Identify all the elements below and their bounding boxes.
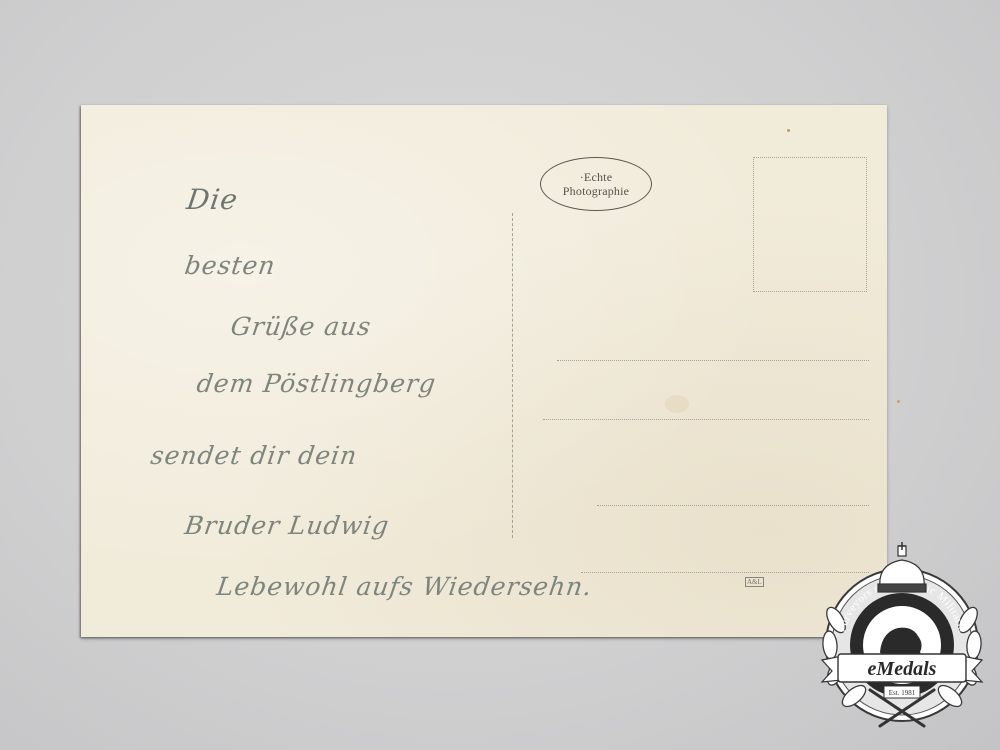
emedals-watermark-badge: Purveyors of Authentic Militaria eMedals… [812,540,992,730]
echte-photographie-stamp: ·Echte Photographie [540,157,652,211]
handwriting-line-7: Lebewohl aufs Wiedersehn. [215,572,594,601]
stamp-line-1: ·Echte [580,170,613,184]
handwriting-line-4: dem Pöstlingberg [195,369,438,398]
brand-name: eMedals [868,658,937,680]
stamp-line-2: Photographie [563,184,629,198]
handwriting-line-2: besten [183,251,278,280]
address-line-1 [557,360,869,361]
emedals-logo-icon: Purveyors of Authentic Militaria eMedals… [812,540,992,730]
stain [787,129,790,132]
stamp-placement-box [753,157,867,292]
handwriting-line-1: Die [185,183,241,216]
stain [665,395,689,413]
handwriting-line-5: sendet dir dein [149,441,359,470]
stain [897,400,900,403]
address-line-3 [597,505,869,506]
vertical-divider [512,213,513,538]
address-line-2 [543,419,869,420]
postcard-back: ·Echte Photographie Die besten Grüße aus… [81,105,887,637]
handwriting-line-6: Bruder Ludwig [183,511,391,540]
maker-mark: A&L [745,577,764,587]
established-text: Est. 1981 [889,689,916,697]
handwriting-line-3: Grüße aus [229,312,373,341]
